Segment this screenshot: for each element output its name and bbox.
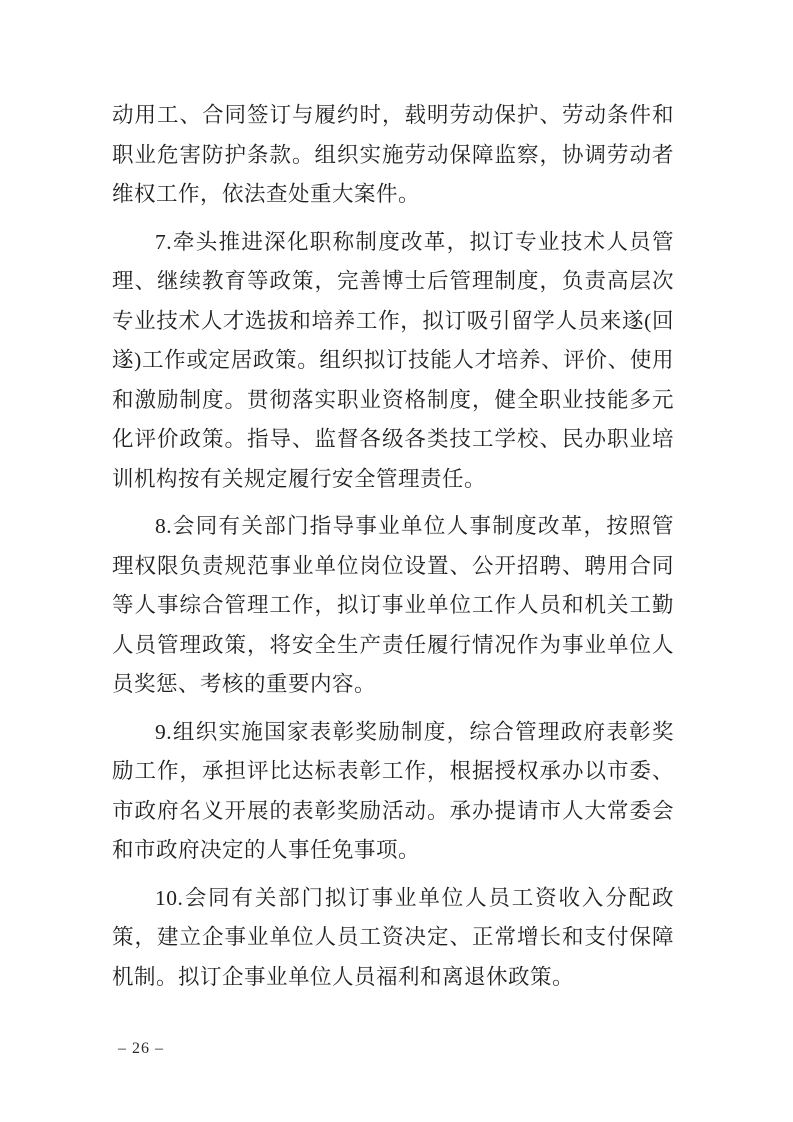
- paragraph-item-8: 8.会同有关部门指导事业单位人事制度改革，按照管理权限负责规范事业单位岗位设置、…: [112, 507, 674, 705]
- paragraph-item-7: 7.牵头推进深化职称制度改革，拟订专业技术人员管理、继续教育等政策，完善博士后管…: [112, 223, 674, 500]
- document-page: 动用工、合同签订与履约时，载明劳动保护、劳动条件和职业危害防护条款。组织实施劳动…: [0, 0, 793, 1122]
- paragraph-item-10: 10.会同有关部门拟订事业单位人员工资收入分配政策，建立企事业单位人员工资决定、…: [112, 879, 674, 998]
- document-body: 动用工、合同签订与履约时，载明劳动保护、劳动条件和职业危害防护条款。组织实施劳动…: [112, 96, 674, 997]
- page-number: – 26 –: [118, 1040, 164, 1058]
- paragraph-continuation: 动用工、合同签订与履约时，载明劳动保护、劳动条件和职业危害防护条款。组织实施劳动…: [112, 96, 674, 215]
- paragraph-item-9: 9.组织实施国家表彰奖励制度，综合管理政府表彰奖励工作，承担评比达标表彰工作，根…: [112, 713, 674, 871]
